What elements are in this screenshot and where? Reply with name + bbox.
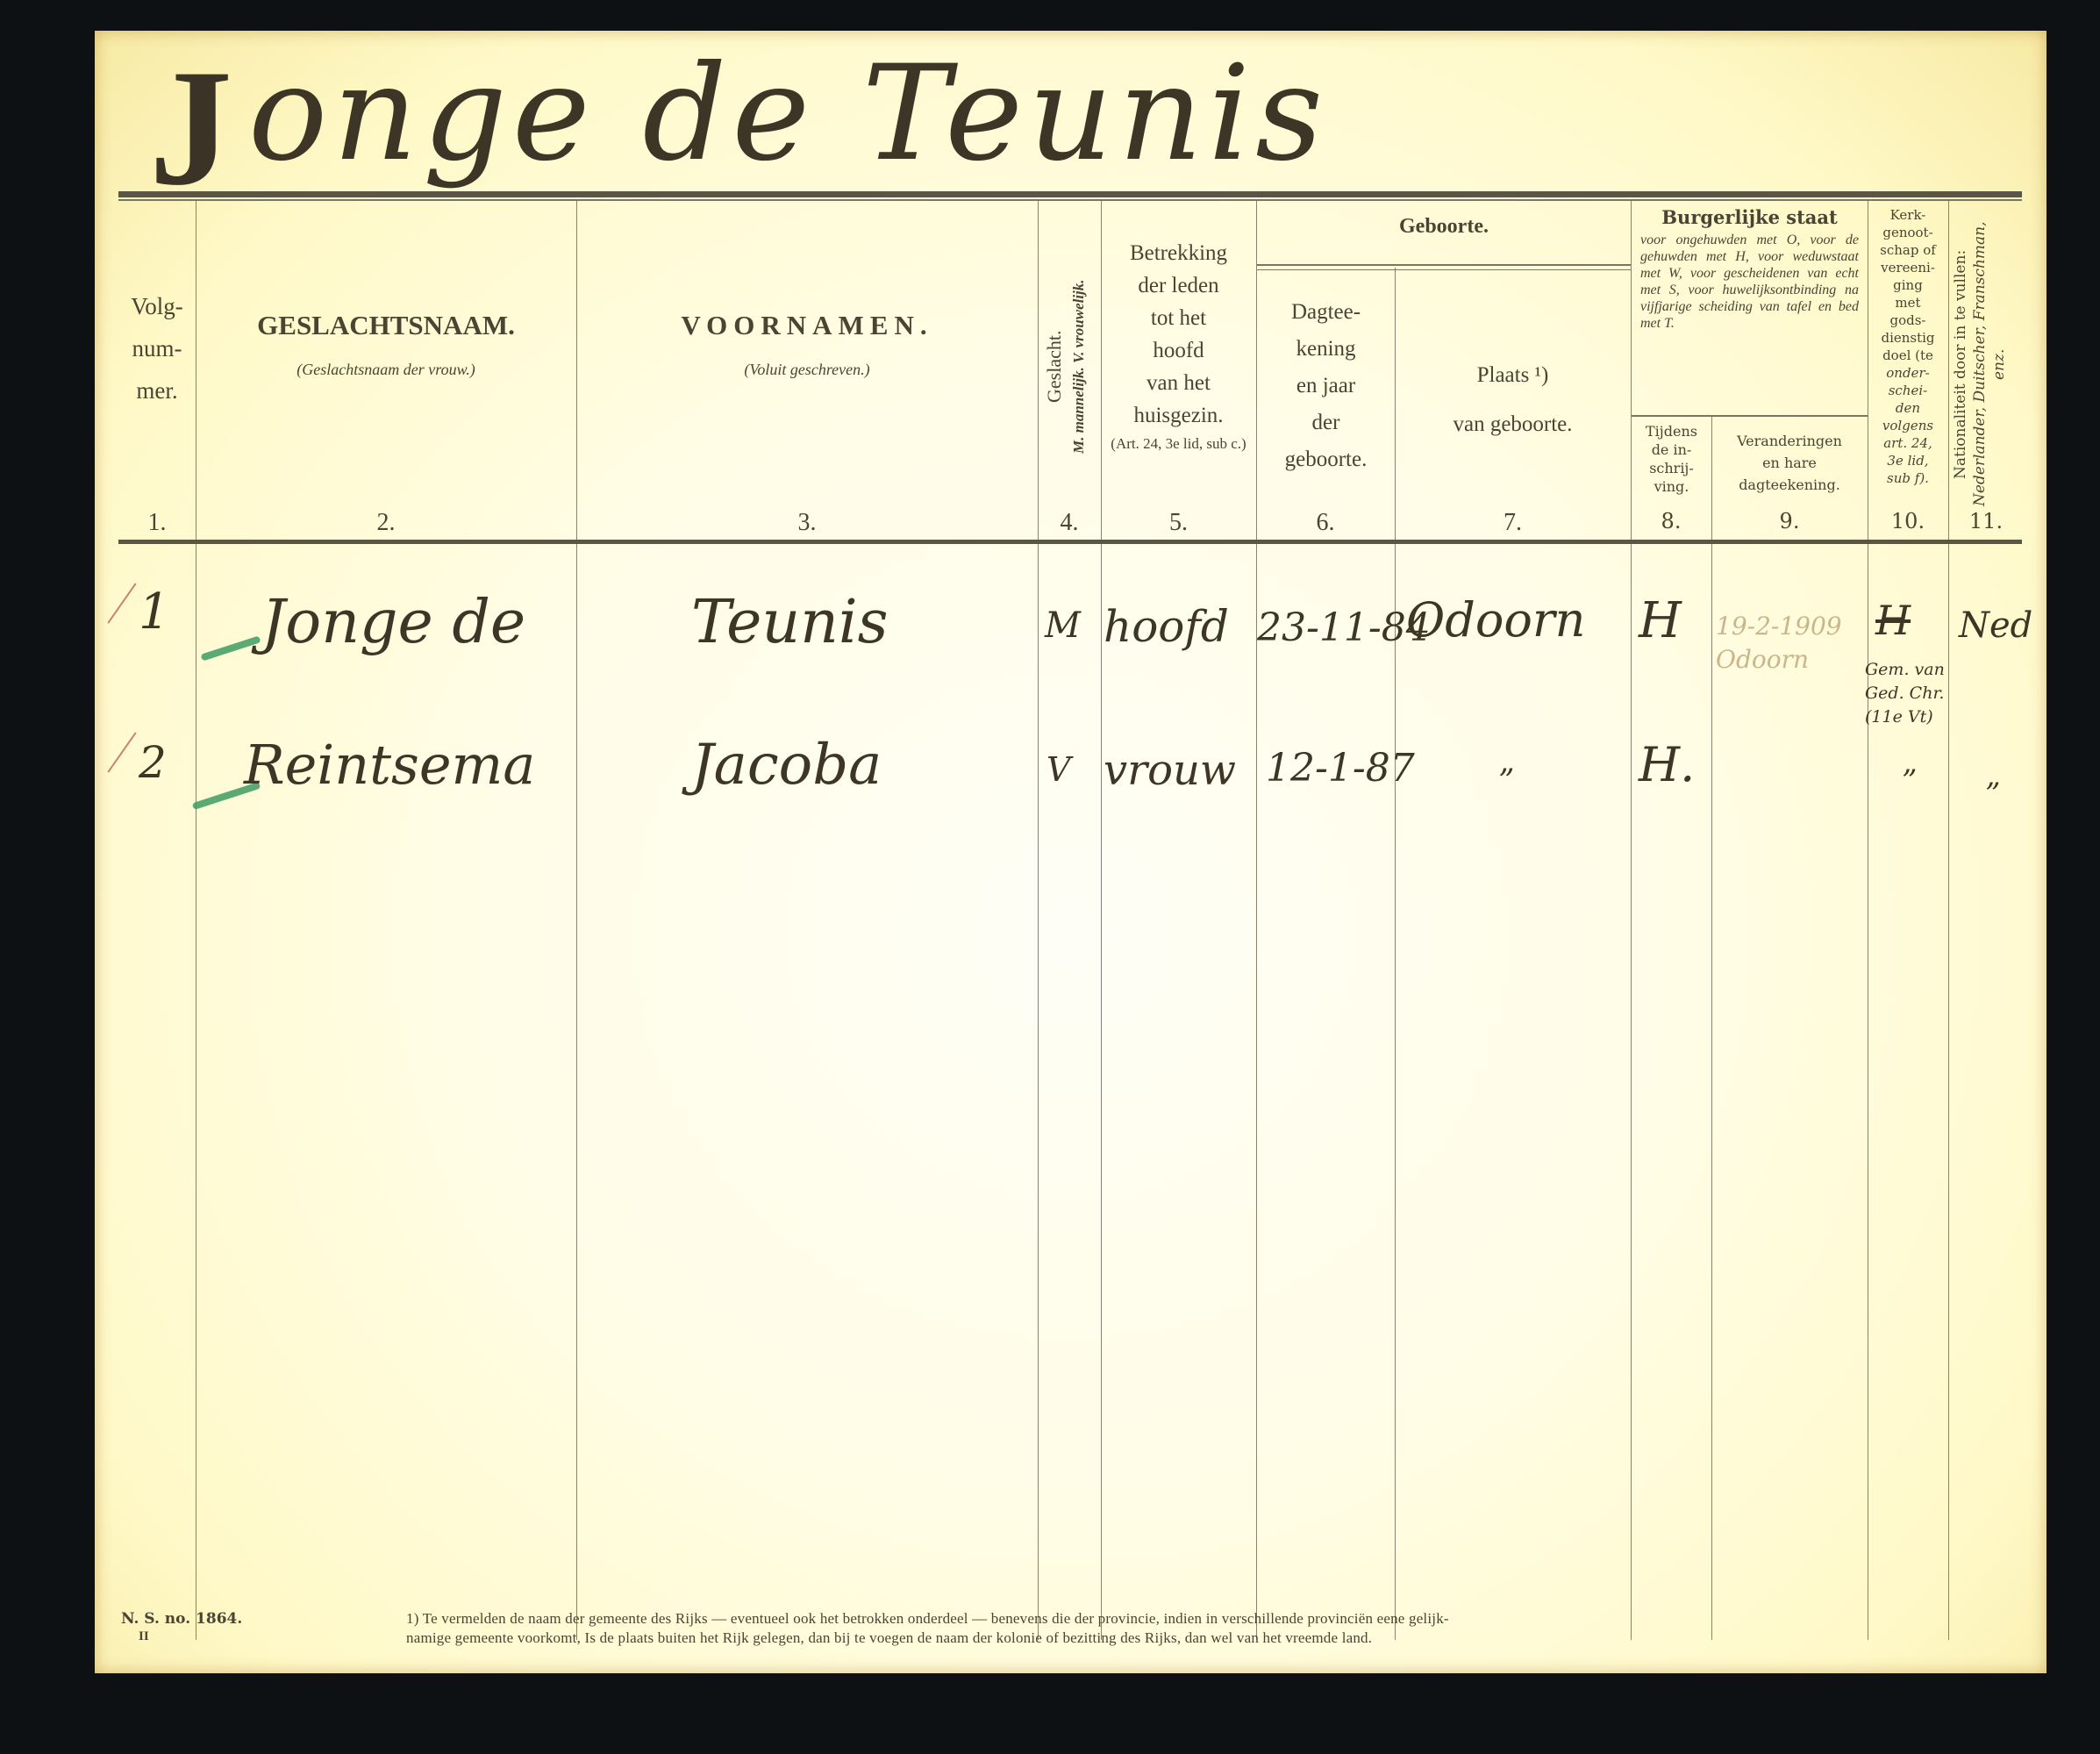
burgerlijke-subrule [1632,415,1868,417]
header-betrekking-line: Betrekking [1101,237,1256,269]
row1-voornamen: Teunis [691,588,889,657]
col-number-3: 3. [576,509,1038,537]
header-kerk-line: genoot- [1868,224,1948,241]
col-divider-1 [196,201,196,1640]
row1-geboorteplaats: Odoorn [1406,592,1585,648]
geboorte-subrule-thin [1257,269,1631,270]
row2-kerkgenootschap: ” [1902,763,1917,798]
header-kerkgenootschap: Kerk- genoot- schap of vereeni- ging met… [1868,206,1948,487]
row1-staat-veranderingen: 19-2-1909 Odoorn [1716,610,1874,677]
row2-volgnummer: 2 [139,737,167,788]
col-divider-2 [576,201,577,1640]
header-voornamen: VOORNAMEN. (Voluit geschreven.) [576,310,1038,379]
header-kerk-line: schei- [1868,382,1948,399]
header-betrekking-line: hoofd [1101,334,1256,367]
form-number: N. S. no. 1864. [121,1610,242,1628]
header-geslacht: Geslacht. M. mannelijk. V. vrouwelijk. [1042,219,1096,513]
header-plaats-line: Plaats ¹) [1395,351,1631,400]
header-kerk-line: sub f). [1868,469,1948,487]
header-tijdens-inschrijving: Tijdens de in- schrij- ving. [1632,422,1711,496]
row2-nationaliteit: ” [1985,777,2000,812]
header-volgnummer-line: Volg- [118,285,196,327]
header-burgerlijke-staat-title: Burgerlijke staat [1632,206,1868,228]
header-nationaliteit: Nationaliteit door in te vullen: Nederla… [1951,211,2039,518]
col-divider-3 [1038,201,1039,1640]
row2-staat-inschrijving: H. [1639,737,1695,792]
row1-nationaliteit: Ned [1959,605,2032,646]
col-number-4: 4. [1038,509,1101,537]
register-card: J onge de Teunis Volg- num- mer. GESLACH… [95,31,2046,1673]
col-divider-8 [1711,417,1712,1640]
header-volgnummer: Volg- num- mer. [118,285,196,412]
header-betrekking-line: van het [1101,367,1256,399]
header-kerk-line: 3e lid, [1868,452,1948,469]
row1-geboortedatum: 23-11-84 [1257,605,1431,650]
header-burgerlijke-staat-description: voor ongehuwden met O, voor de gehuwden … [1632,228,1868,332]
col-number-6: 6. [1256,509,1395,537]
row1-betrekking: hoofd [1104,601,1229,652]
row1-geslachtsnaam: Jonge de [261,588,525,657]
row2-geboorteplaats: ” [1498,763,1514,799]
red-tick-mark [107,583,136,623]
header-kerk-line: gods- [1868,311,1948,329]
col-number-10: 10. [1868,509,1948,533]
header-plaats-line: van geboorte. [1395,400,1631,449]
footnote-line-1: 1) Te vermelden de naam der gemeente des… [406,1610,1449,1628]
header-betrekking-line: der leden [1101,269,1256,302]
row1-geslacht: M [1045,605,1081,646]
header-dagteekening-line: Dagtee- [1257,294,1395,331]
row1-kerkgenootschap: Gem. van Ged. Chr. (11e Vt) [1865,658,1961,729]
header-nationaliteit-title: Nationaliteit door in te vullen: [1952,249,1969,478]
title-handwritten-name: onge de Teunis [248,38,1328,190]
header-kerk-line: dienstig [1868,329,1948,347]
header-betrekking-line: huisgezin. [1101,399,1256,432]
header-geslacht-title: Geslacht. [1043,330,1065,402]
header-veranderingen-line: Veranderingen [1711,430,1868,452]
header-kerk-line: doel (te [1868,347,1948,364]
header-kerk-line: ging [1868,276,1948,294]
header-bottom-rule [118,540,2022,544]
header-dagteekening: Dagtee- kening en jaar der geboorte. [1257,294,1395,478]
header-geslachtsnaam-title: GESLACHTSNAAM. [196,310,576,341]
header-tijdens-line: de in- [1632,440,1711,459]
header-dagteekening-line: geboorte. [1257,441,1395,478]
footnote-line-2: namige gemeente voorkomt, Is de plaats b… [406,1629,1372,1647]
header-nationaliteit-subtitle: Nederlander, Duitscher, Franschman, enz. [1971,222,2008,507]
header-voornamen-title: VOORNAMEN. [576,310,1038,341]
header-dagteekening-line: kening [1257,331,1395,368]
form-sub-number: II [139,1629,149,1644]
header-kerk-line: vereeni- [1868,259,1948,276]
col-number-1: 1. [118,509,196,537]
col-divider-7 [1631,201,1632,1640]
col-number-5: 5. [1101,509,1256,537]
header-kerk-line: art. 24, [1868,434,1948,452]
row2-voornamen: Jacoba [691,733,882,798]
col-number-7: 7. [1395,509,1631,537]
header-tijdens-line: Tijdens [1632,422,1711,440]
header-kerk-line: schap of [1868,241,1948,259]
header-kerk-line: onder- [1868,364,1948,382]
header-betrekking: Betrekking der leden tot het hoofd van h… [1101,237,1256,456]
header-tijdens-line: schrij- [1632,459,1711,477]
header-kerk-line: volgens [1868,417,1948,434]
row2-geboortedatum: 12-1-87 [1266,746,1415,791]
col-number-11: 11. [1948,509,2024,533]
header-kerk-line: Kerk- [1868,206,1948,224]
header-veranderingen-line: dagteekening. [1711,474,1868,496]
row2-geslachtsnaam: Reintsema [244,733,535,797]
col-number-2: 2. [196,509,576,537]
row1-kerkgenootschap-struck: H [1875,597,1911,644]
header-veranderingen-line: en hare [1711,452,1868,474]
header-geslachtsnaam: GESLACHTSNAAM. (Geslachtsnaam der vrouw.… [196,310,576,379]
header-tijdens-line: ving. [1632,477,1711,496]
row2-betrekking: vrouw [1104,746,1236,795]
header-volgnummer-line: num- [118,327,196,369]
col-divider-6 [1395,268,1396,1640]
header-volgnummer-line: mer. [118,369,196,412]
row2-geslacht: V [1046,750,1070,789]
header-top-rule-thin [118,199,2022,201]
header-voornamen-subtitle: (Voluit geschreven.) [576,361,1038,379]
geboorte-subrule [1257,264,1631,266]
header-dagteekening-line: der [1257,404,1395,441]
header-betrekking-line: tot het [1101,302,1256,334]
header-veranderingen: Veranderingen en hare dagteekening. [1711,430,1868,496]
header-geslachtsnaam-subtitle: (Geslachtsnaam der vrouw.) [196,361,576,379]
header-dagteekening-line: en jaar [1257,368,1395,404]
green-check-mark [200,635,261,661]
header-plaats: Plaats ¹) van geboorte. [1395,351,1631,449]
red-tick-mark [107,732,136,772]
header-geslacht-subtitle: M. mannelijk. V. vrouwelijk. [1070,279,1087,454]
header-betrekking-note: (Art. 24, 3e lid, sub c.) [1101,432,1256,456]
row1-volgnummer: 1 [139,583,170,641]
header-top-rule [118,191,2022,197]
col-number-9: 9. [1711,509,1868,533]
row1-staat-inschrijving: H [1639,592,1682,649]
header-burgerlijke-staat: Burgerlijke staat voor ongehuwden met O,… [1632,206,1868,332]
col-number-8: 8. [1631,509,1711,533]
col-divider-10 [1948,201,1949,1640]
header-kerk-line: den [1868,399,1948,417]
header-kerk-line: met [1868,294,1948,311]
header-geboorte-group: Geboorte. [1257,215,1631,239]
